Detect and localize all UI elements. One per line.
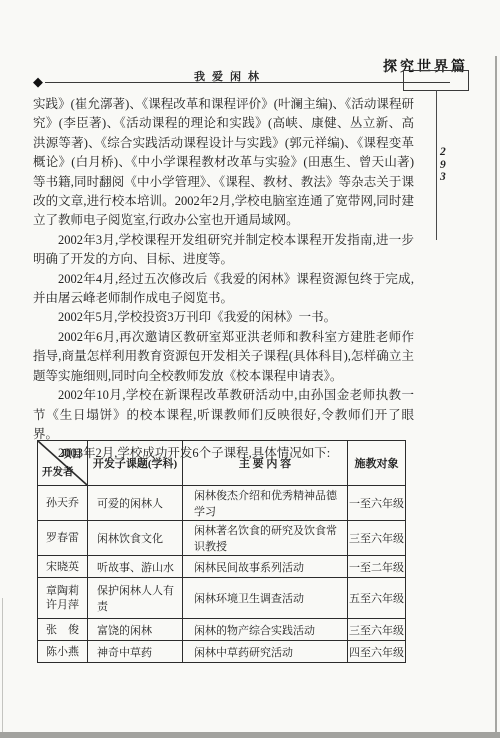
- scan-edge-left: [2, 598, 3, 734]
- cell-grades: 四至六年级: [348, 641, 406, 663]
- cell-topic: 神奇中草药: [88, 641, 183, 663]
- cell-grades: 五至六年级: [348, 578, 406, 619]
- cell-developer: 罗春雷: [38, 521, 88, 556]
- column-header-grades: 施教对象: [348, 441, 406, 486]
- cell-content: 闲林的物产综合实践活动: [183, 619, 348, 641]
- corner-header-cell: 项目 开发者: [38, 441, 88, 486]
- header-ornament-box: [403, 70, 469, 91]
- cell-developer: 章陶莉 许月萍: [38, 578, 88, 619]
- table-row: 陈小燕神奇中草药闲林中草药研究活动四至六年级: [38, 641, 406, 663]
- column-header-topic: 开发子课题(学科): [88, 441, 183, 486]
- cell-topic: 闲林饮食文化: [88, 521, 183, 556]
- column-header-content: 主 要 内 容: [183, 441, 348, 486]
- cell-developer: 孙天乔: [38, 486, 88, 521]
- course-table: 项目 开发者 开发子课题(学科) 主 要 内 容 施教对象 孙天乔可爱的闲林人闲…: [37, 440, 406, 663]
- cell-topic: 保护闲林人人有责: [88, 578, 183, 619]
- paragraph: 2002年10月,学校在新课程改革教研活动中,由孙国金老师执教一节《生日塌饼》的…: [33, 386, 414, 444]
- cell-content: 闲林俊杰介绍和优秀精神品德学习: [183, 486, 348, 521]
- cell-topic: 富饶的闲林: [88, 619, 183, 641]
- cell-content: 闲林环境卫生调查活动: [183, 578, 348, 619]
- paragraph: 2002年5月,学校投资3万刊印《我爱的闲林》一书。: [33, 308, 414, 327]
- folio-rule: [436, 90, 437, 240]
- paragraph: 实践》(崔允漷著)、《课程改革和课程评价》(叶澜主编)、《活动课程研究》(李臣著…: [33, 95, 414, 231]
- cell-developer: 张 俊: [38, 619, 88, 641]
- corner-label-developer: 开发者: [42, 464, 74, 479]
- table-header-row: 项目 开发者 开发子课题(学科) 主 要 内 容 施教对象: [38, 441, 406, 486]
- cell-grades: 三至六年级: [348, 619, 406, 641]
- cell-grades: 一至六年级: [348, 486, 406, 521]
- scan-edge-bottom: [0, 732, 500, 738]
- body-text: 实践》(崔允漷著)、《课程改革和课程评价》(叶澜主编)、《活动课程研究》(李臣著…: [33, 95, 414, 464]
- table-row: 张 俊富饶的闲林闲林的物产综合实践活动三至六年级: [38, 619, 406, 641]
- scan-edge-right: [495, 56, 497, 734]
- paragraph: 2002年6月,再次邀请区教研室郑亚洪老师和教科室方建胜老师作指导,商量怎样利用…: [33, 328, 414, 386]
- paragraph: 2002年4月,经过五次修改后《我爱的闲林》课程资源包终于完成,并由屠云峰老师制…: [33, 270, 414, 309]
- table-row: 章陶莉 许月萍保护闲林人人有责闲林环境卫生调查活动五至六年级: [38, 578, 406, 619]
- cell-developer: 陈小燕: [38, 641, 88, 663]
- paragraph: 2002年3月,学校课程开发组研究并制定校本课程开发指南,进一步明确了开发的方向…: [33, 231, 414, 270]
- page-number: 2 9 3: [440, 146, 446, 184]
- table-row: 宋晓英听故事、游山水闲林民间故事系列活动一至二年级: [38, 556, 406, 578]
- cell-content: 闲林民间故事系列活动: [183, 556, 348, 578]
- table-row: 罗春雷闲林饮食文化闲林著名饮食的研究及饮食常识教授三至六年级: [38, 521, 406, 556]
- cell-topic: 听故事、游山水: [88, 556, 183, 578]
- table-row: 孙天乔可爱的闲林人闲林俊杰介绍和优秀精神品德学习一至六年级: [38, 486, 406, 521]
- cell-content: 闲林中草药研究活动: [183, 641, 348, 663]
- cell-topic: 可爱的闲林人: [88, 486, 183, 521]
- cell-developer: 宋晓英: [38, 556, 88, 578]
- cell-content: 闲林著名饮食的研究及饮食常识教授: [183, 521, 348, 556]
- book-page: ◆ 我爱闲林 探究世界篇 2 9 3 实践》(崔允漷著)、《课程改革和课程评价》…: [0, 0, 500, 738]
- course-table-body: 孙天乔可爱的闲林人闲林俊杰介绍和优秀精神品德学习一至六年级罗春雷闲林饮食文化闲林…: [38, 486, 406, 663]
- cell-grades: 三至六年级: [348, 521, 406, 556]
- corner-label-project: 项目: [61, 446, 82, 461]
- cell-grades: 一至二年级: [348, 556, 406, 578]
